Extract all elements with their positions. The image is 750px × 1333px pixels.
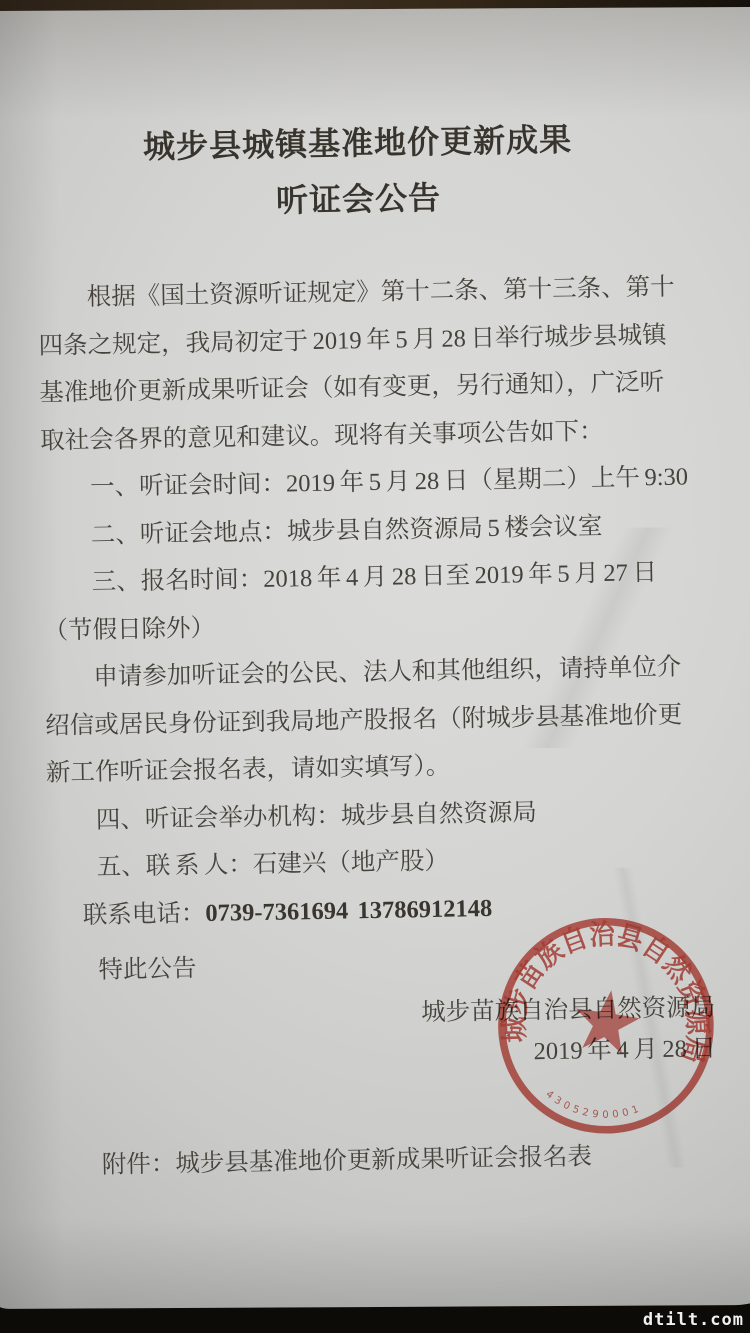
contact-phone-numbers: 0739-7361694 13786912148 <box>205 894 492 926</box>
document-title-line1: 城步县城镇基准地价更新成果 <box>35 109 681 172</box>
paper-shade <box>0 7 750 121</box>
official-seal: 城步苗族自治县自然资源局 4305290001 <box>475 895 737 1157</box>
document-title-line2: 听证会公告 <box>36 171 682 228</box>
seal-star-icon <box>570 985 643 1056</box>
paper-document: 城步县城镇基准地价更新成果 听证会公告 根据《国土资源听证规定》第十二条、第十三… <box>0 7 750 1309</box>
paper-shade <box>0 1215 750 1309</box>
watermark: dtilt.com <box>643 1310 744 1330</box>
photo-scene: 城步县城镇基准地价更新成果 听证会公告 根据《国土资源听证规定》第十二条、第十三… <box>0 0 750 1333</box>
seal-ring-text: 城步苗族自治县自然资源局 <box>494 903 728 1075</box>
contact-phone-label: 联系电话： <box>83 899 206 928</box>
